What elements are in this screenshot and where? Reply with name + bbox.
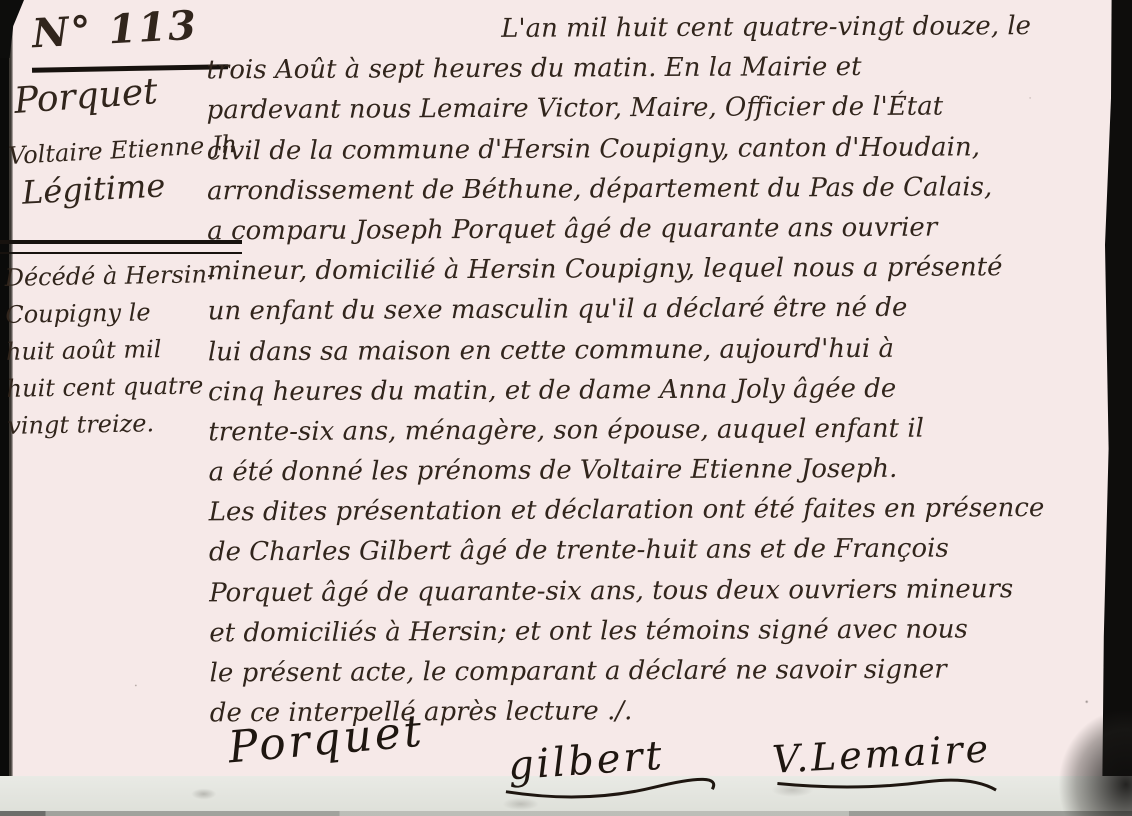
act-line: mineur, domicilié à Hersin Coupigny, leq… [207, 247, 1117, 292]
act-line: a été donné les prénoms de Voltaire Etie… [208, 448, 1118, 493]
act-line: civil de la commune d'Hersin Coupigny, c… [207, 126, 1117, 171]
act-line: trente-six ans, ménagère, son épouse, au… [208, 407, 1118, 452]
margin-surname: Porquet [13, 71, 159, 122]
death-note-line: huit cent quatre [6, 367, 217, 408]
act-line: le présent acte, le comparant a déclaré … [209, 649, 1119, 694]
act-line: de Charles Gilbert âgé de trente-huit an… [209, 528, 1119, 573]
act-line: pardevant nous Lemaire Victor, Maire, Of… [207, 86, 1117, 131]
act-line: L'an mil huit cent quatre-vingt douze, l… [206, 6, 1116, 51]
act-line: cinq heures du matin, et de dame Anna Jo… [208, 367, 1118, 412]
death-note-line: Coupigny le [5, 293, 216, 334]
margin-legitimacy-label: Légitime [21, 166, 166, 211]
act-line: lui dans sa maison en cette commune, auj… [208, 327, 1118, 372]
birth-record-scan: N° 113 Porquet Voltaire Etienne Jh Légit… [0, 0, 1132, 816]
act-body: L'an mil huit cent quatre-vingt douze, l… [206, 6, 1120, 734]
act-line: arrondissement de Béthune, département d… [207, 166, 1117, 211]
death-note-line: huit août mil [6, 330, 217, 371]
act-number-underline [32, 64, 228, 72]
signature-lemaire: V.Lemaire [771, 726, 992, 781]
margin-given-names: Voltaire Etienne Jh [7, 130, 237, 170]
death-note-line: Décédé à Hersin- [4, 256, 215, 297]
act-line: a comparu Joseph Porquet âgé de quarante… [207, 207, 1117, 252]
act-number: N° 113 [31, 2, 199, 58]
act-line: trois Août à sept heures du matin. En la… [206, 46, 1116, 91]
death-note-line: vingt treize. [7, 404, 218, 445]
signature-gilbert: gilbert [507, 733, 666, 790]
margin-double-rule [0, 240, 242, 254]
death-margin-note: Décédé à Hersin- Coupigny le huit août m… [4, 256, 218, 445]
act-line: un enfant du sexe masculin qu'il a décla… [208, 287, 1118, 332]
act-line: Les dites présentation et déclaration on… [209, 488, 1119, 533]
act-line: Porquet âgé de quarante-six ans, tous de… [209, 568, 1119, 613]
act-line: et domiciliés à Hersin; et ont les témoi… [209, 608, 1119, 653]
